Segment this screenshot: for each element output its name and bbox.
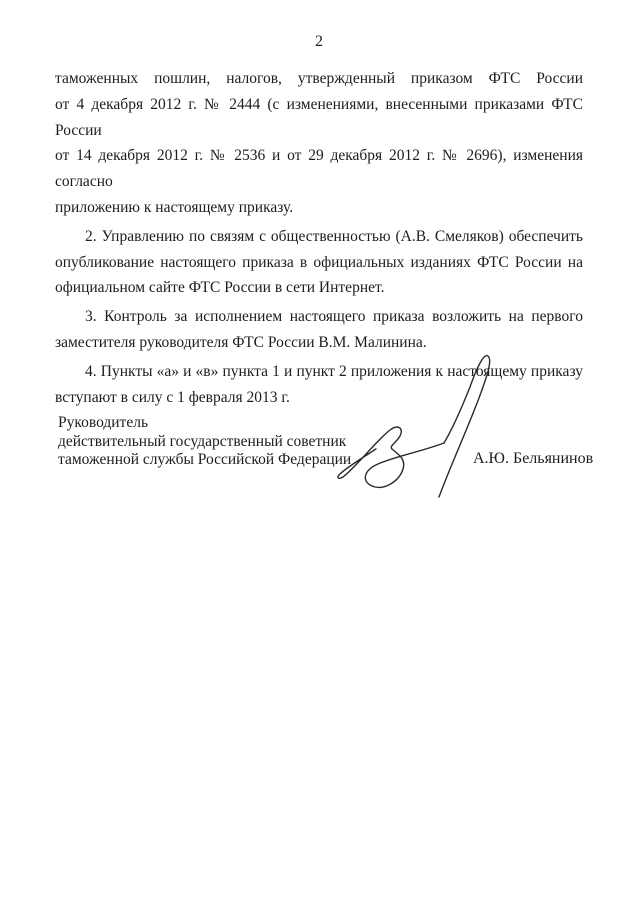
text-line: 3. Контроль за исполнением настоящего пр… bbox=[55, 304, 583, 330]
text-line: от 4 декабря 2012 г. № 2444 (с изменения… bbox=[55, 92, 583, 144]
paragraph-3: 3. Контроль за исполнением настоящего пр… bbox=[55, 304, 583, 356]
signoff-title-line-1: Руководитель bbox=[58, 414, 351, 433]
text-line: официальном сайте ФТС России в сети Инте… bbox=[55, 275, 583, 301]
text-line: 2. Управлению по связям с общественность… bbox=[55, 224, 583, 250]
text-line: от 14 декабря 2012 г. № 2536 и от 29 дек… bbox=[55, 143, 583, 195]
text-line: 4. Пункты «а» и «в» пункта 1 и пункт 2 п… bbox=[55, 359, 583, 385]
text-line: опубликование настоящего приказа в офици… bbox=[55, 250, 583, 276]
signoff-name: А.Ю. Бельянинов bbox=[473, 450, 593, 468]
signoff-title-line-2: действительный государственный советник bbox=[58, 433, 351, 452]
text-line: заместителя руководителя ФТС России В.М.… bbox=[55, 330, 583, 356]
document-page: 2 таможенных пошлин, налогов, утвержденн… bbox=[0, 0, 640, 900]
page-number: 2 bbox=[55, 33, 583, 51]
paragraph-2: 2. Управлению по связям с общественность… bbox=[55, 224, 583, 301]
paragraph-1: таможенных пошлин, налогов, утвержденный… bbox=[55, 66, 583, 221]
paragraph-4: 4. Пункты «а» и «в» пункта 1 и пункт 2 п… bbox=[55, 359, 583, 411]
signoff-title-line-3: таможенной службы Российской Федерации bbox=[58, 451, 351, 470]
document-body: таможенных пошлин, налогов, утвержденный… bbox=[55, 66, 583, 410]
text-line: вступают в силу с 1 февраля 2013 г. bbox=[55, 385, 583, 411]
signoff-title: Руководитель действительный государствен… bbox=[58, 414, 351, 470]
text-line: таможенных пошлин, налогов, утвержденный… bbox=[55, 66, 583, 92]
text-line: приложению к настоящему приказу. bbox=[55, 195, 583, 221]
